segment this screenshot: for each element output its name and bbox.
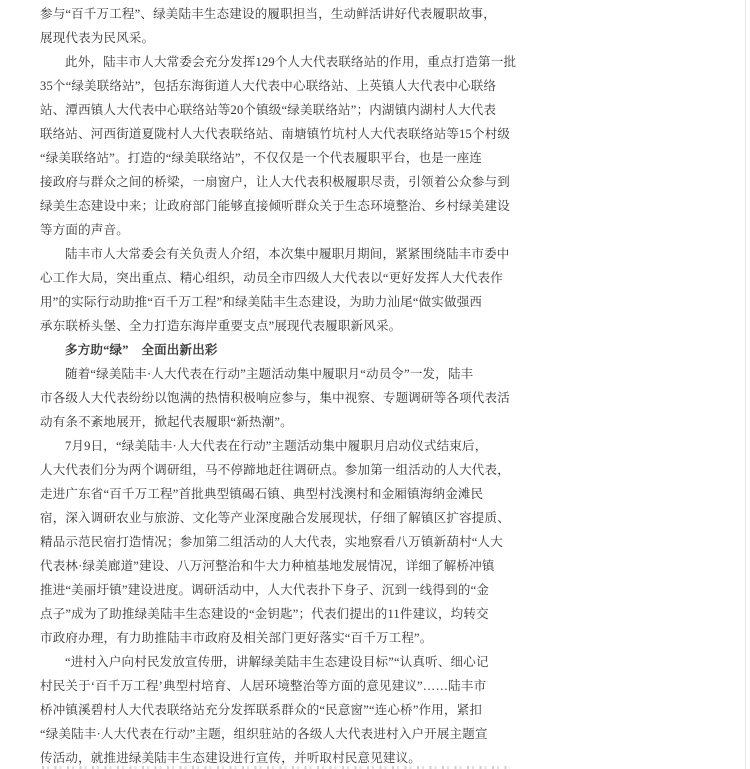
article-line: 35个“绿美联络站”，包括东海街道人大代表中心联络站、上英镇人大代表中心联络 bbox=[40, 74, 512, 98]
article-line: 承东联桥头堡、全力打造东海岸重要支点”展现代表履职新风采。 bbox=[40, 314, 512, 338]
article-line: 绿美生态建设中来；让政府部门能够直接倾听群众关于生态环境整治、乡村绿美建设 bbox=[40, 194, 512, 218]
article-line: 宿，深入调研农业与旅游、文化等产业深度融合发展现状，仔细了解镇区扩容提质、 bbox=[40, 506, 512, 530]
article-line: 此外，陆丰市人大常委会充分发挥129个人大代表联络站的作用，重点打造第一批 bbox=[40, 50, 512, 74]
article-line: 动有条不紊地展开，掀起代表履职“新热潮”。 bbox=[40, 410, 512, 434]
article-line: 站、潭西镇人大代表中心联络站等20个镇级“绿美联络站”；内湖镇内湖村人大代表 bbox=[40, 98, 512, 122]
article-line: 用”的实际行动助推“百千万工程”和绿美陆丰生态建设，为助力汕尾“做实做强西 bbox=[40, 290, 512, 314]
article-line: 点子”成为了助推绿美陆丰生态建设的“金钥匙”；代表们提出的11件建议，均转交 bbox=[40, 602, 512, 626]
article-line: 村民关于‘百千万工程’典型村培育、人居环境整治等方面的意见建议”……陆丰市 bbox=[40, 674, 512, 698]
article-line: “绿美联络站”。打造的“绿美联络站”，不仅仅是一个代表履职平台，也是一座连 bbox=[40, 146, 512, 170]
article-line: 代表林·绿美廊道”建设、八万河整治和牛大力种植基地发展情况，详细了解桥冲镇 bbox=[40, 554, 512, 578]
article-line: 等方面的声音。 bbox=[40, 218, 512, 242]
article-line: 接政府与群众之间的桥梁，一扇窗户，让人大代表积极履职尽责，引领着公众参与到 bbox=[40, 170, 512, 194]
article-line: 推进“美丽圩镇”建设进度。调研活动中，人大代表扑下身子、沉到一线得到的“金 bbox=[40, 578, 512, 602]
section-heading: 多方助“绿” 全面出新出彩 bbox=[40, 338, 512, 362]
article-line: “进村入户向村民发放宣传册，讲解绿美陆丰生态建设目标”“认真听、细心记 bbox=[40, 650, 512, 674]
article-line: 7月9日，“绿美陆丰·人大代表在行动”主题活动集中履职月启动仪式结束后， bbox=[40, 434, 512, 458]
article: 参与“百千万工程”、绿美陆丰生态建设的履职担当，生动鲜活讲好代表履职故事，展现代… bbox=[40, 2, 512, 769]
page-right-divider bbox=[745, 0, 746, 769]
article-line: 人大代表们分为两个调研组，马不停蹄地赶往调研点。参加第一组活动的人大代表， bbox=[40, 458, 512, 482]
article-line: 精品示范民宿打造情况；参加第二组活动的人大代表，实地察看八万镇新葫村“人大 bbox=[40, 530, 512, 554]
article-line: 市各级人大代表纷纷以饱满的热情积极响应参与，集中视察、专题调研等各项代表活 bbox=[40, 386, 512, 410]
article-line: 陆丰市人大常委会有关负责人介绍，本次集中履职月期间，紧紧围绕陆丰市委中 bbox=[40, 242, 512, 266]
article-line: 参与“百千万工程”、绿美陆丰生态建设的履职担当，生动鲜活讲好代表履职故事， bbox=[40, 2, 512, 26]
article-line: 随着“绿美陆丰·人大代表在行动”主题活动集中履职月“动员令”一发，陆丰 bbox=[40, 362, 512, 386]
article-line: 联络站、河西街道夏陇村人大代表联络站、南塘镇竹坑村人大代表联络站等15个村级 bbox=[40, 122, 512, 146]
article-line: “绿美陆丰·人大代表在行动”主题，组织驻站的各级人大代表进村入户开展主题宣 bbox=[40, 722, 512, 746]
article-line: 展现代表为民风采。 bbox=[40, 26, 512, 50]
article-line: 市政府办理，有力助推陆丰市政府及相关部门更好落实“百千万工程”。 bbox=[40, 626, 512, 650]
article-line: 心工作大局，突出重点、精心组织，动员全市四级人大代表以“更好发挥人大代表作 bbox=[40, 266, 512, 290]
article-line: 桥冲镇溪碧村人大代表联络站充分发挥联系群众的“民意窗”“连心桥”作用，紧扣 bbox=[40, 698, 512, 722]
article-line: 走进广东省“百千万工程”首批典型镇碣石镇、典型村浅澳村和金厢镇海纳金滩民 bbox=[40, 482, 512, 506]
page: 参与“百千万工程”、绿美陆丰生态建设的履职担当，生动鲜活讲好代表履职故事，展现代… bbox=[0, 0, 750, 769]
